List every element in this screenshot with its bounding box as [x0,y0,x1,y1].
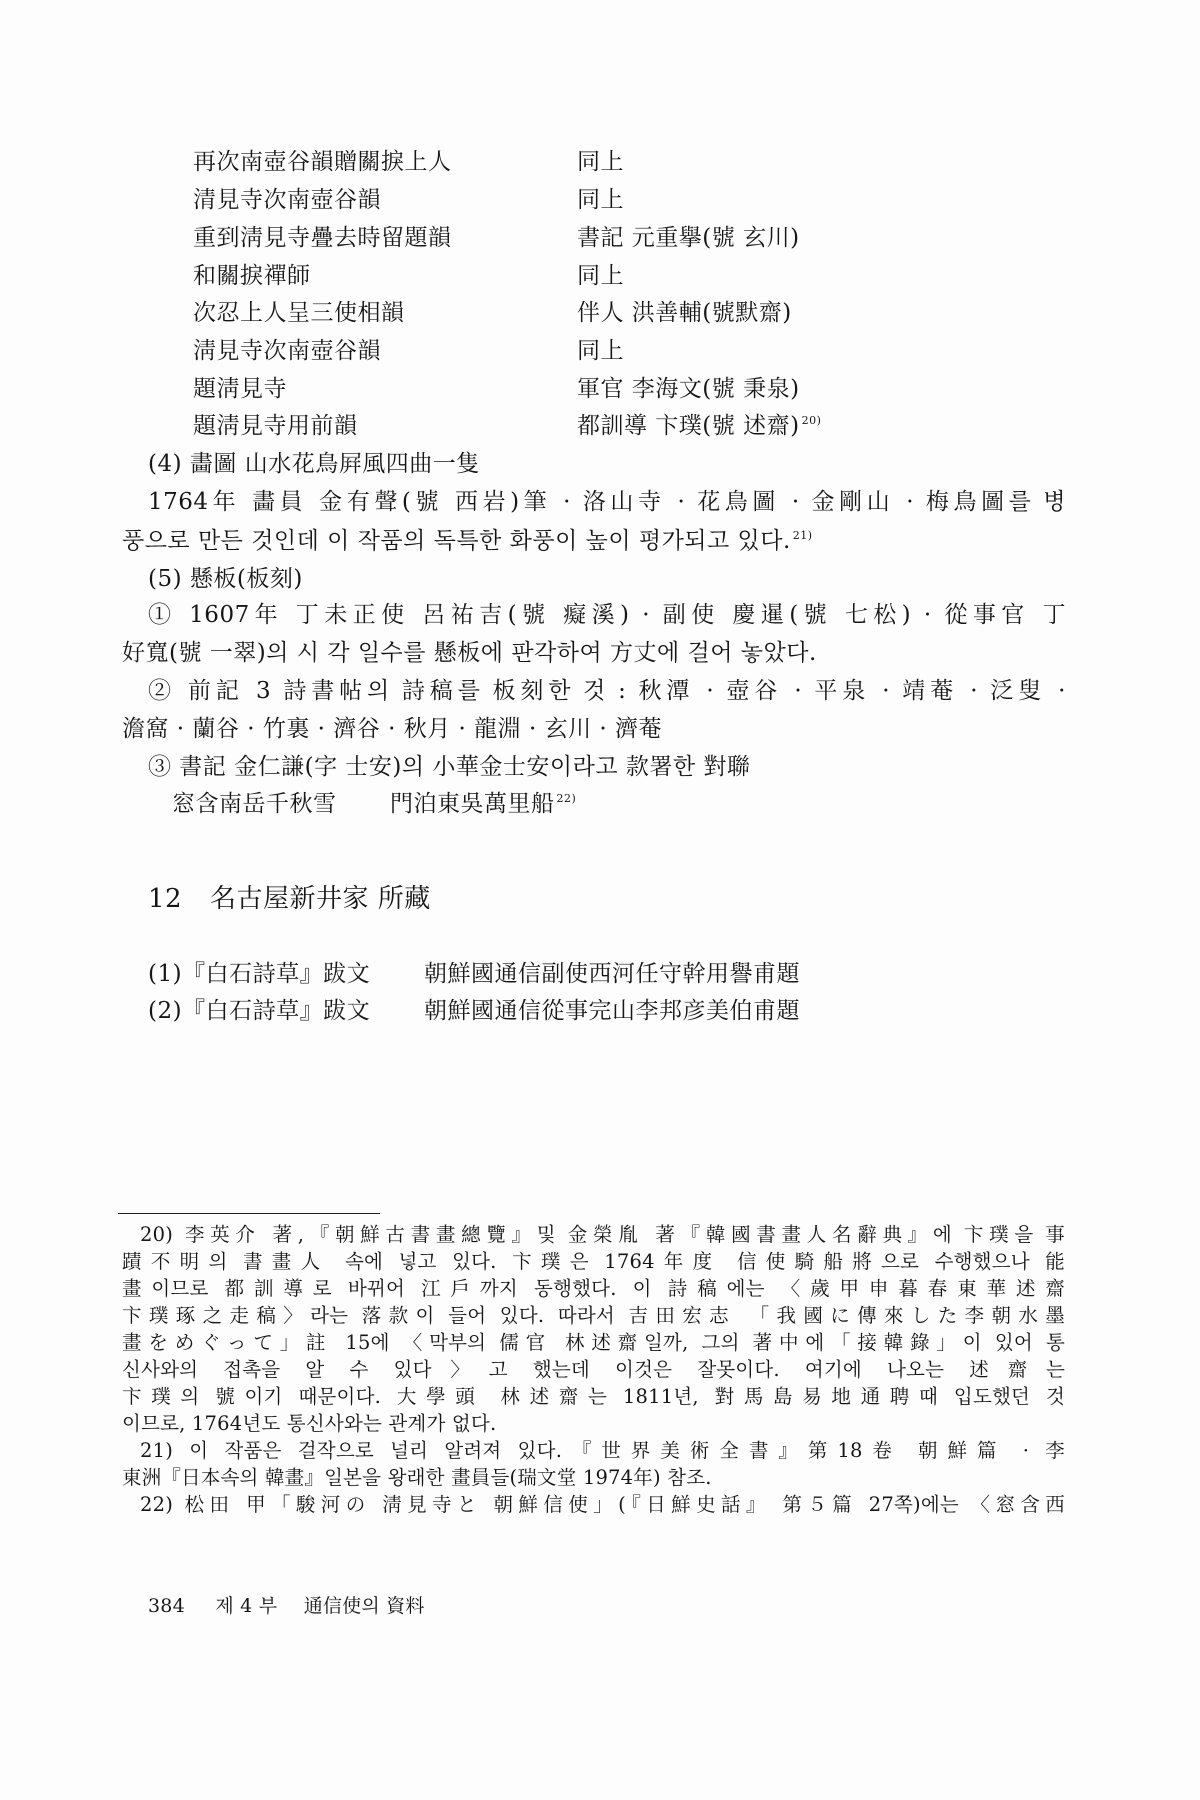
poem-author: 伴人 洪善輔(號默齋) [577,298,792,328]
section-title: 名古屋新井家 所藏 [210,884,431,914]
poem-title: 淸見寺次南壺谷韻 [193,336,381,366]
couplet-right-text: 門泊東吳萬里船 [390,791,555,817]
section-12-item-2-label: (2)『白石詩草』跋文 [148,996,370,1026]
footnote-separator [118,1213,380,1214]
page-number: 384 [148,1595,185,1617]
poem-author: 軍官 李海文(號 秉泉) [577,374,800,404]
paragraph-text: 풍으로 만든 것인데 이 작품의 독특한 화풍이 높이 평가되고 있다. [122,528,791,554]
poem-author: 同上 [577,185,624,215]
section-5-item-1-line: 好寬(號 一翠)의 시 각 일수를 懸板에 판각하여 方丈에 걸어 놓았다. [122,638,817,668]
book-page: 再次南壺谷韻贈關捩上人 同上 清見寺次南壺谷韻 同上 重到淸見寺疊去時留題韻 書… [0,0,1200,1800]
section-12-heading: 12名古屋新井家 所藏 [148,878,431,915]
footnote-line: 22) 松田 甲「駿河の 淸見寺と 朝鮮信使」(『日鮮史話』 第５篇 27쪽)에… [140,1492,1065,1518]
section-12-item-1-text: 朝鮮國通信副使西河任守幹用譽甫題 [424,959,800,989]
footnote-ref-21[interactable]: 21) [793,529,813,542]
poem-author: 書記 元重擧(號 玄川) [577,223,800,253]
couplet-left: 窓含南岳千秋雪 [172,789,337,819]
poem-author-text: 都訓導 卞璞(號 述齋) [577,413,800,439]
footnote-line: 21) 이 작품은 걸작으로 널리 알려져 있다.『世界美術全書』第18卷 朝鮮… [140,1438,1065,1464]
footnote-line: 畫이므로 都訓導로 바뀌어 江戶까지 동행했다. 이 詩稿에는 〈歲甲申暮春東華… [122,1276,1065,1302]
footnote-line: 20) 李英介 著,『朝鮮古書畫總覽』및 金榮胤 著『韓國書畫人名辭典』에 卞璞… [140,1222,1065,1248]
footnote-line: 신사와의 접촉을 알 수 있다〉고 했는데 이것은 잘못이다. 여기에 나오는 … [122,1357,1065,1383]
chapter-title: 通信使의 資料 [304,1595,425,1617]
section-5-heading: (5) 懸板(板刻) [148,564,303,594]
footnote-line: 畫をめぐって」註 15에 〈막부의 儒官 林述齋일까, 그의 著中에「接韓錄」이… [122,1330,1065,1356]
poem-title: 清見寺次南壺谷韻 [193,185,381,215]
section-4-heading: (4) 畵圖 山水花鳥屛風四曲一隻 [148,449,480,479]
footnote-ref-22[interactable]: 22) [557,792,577,805]
footnote-line: 卞璞의 號이기 때문이다. 大學頭 林述齋는 1811년, 對馬島易地通聘때 입… [122,1384,1065,1410]
footnote-line: 이므로, 1764년도 통신사와는 관계가 없다. [122,1411,496,1437]
section-5-item-1-line: ① 1607年 丁未正使 呂祐吉(號 癡溪) · 副使 慶暹(號 七松) · 從… [148,600,1066,630]
poem-title: 題淸見寺 [193,374,287,404]
couplet-right: 門泊東吳萬里船22) [390,789,576,819]
footnote-line: 卞璞琢之走稿〉라는 落款이 들어 있다. 따라서 吉田宏志 「我國に傳來した李朝… [122,1303,1065,1329]
poem-author: 同上 [577,336,624,366]
poem-title: 題淸見寺用前韻 [193,411,358,441]
footnote-line: 東洲『日本속의 韓畫』일본을 왕래한 畫員들(瑞文堂 1974年) 참조. [122,1465,712,1491]
section-5-item-2-line: ② 前記 3 詩書帖의 詩稿를 板刻한 것 : 秋潭 · 壺谷 · 平泉 · 靖… [148,676,1066,706]
part-label: 제 4 부 [215,1595,277,1617]
page-footer: 384 제 4 부 通信使의 資料 [148,1593,425,1619]
poem-title: 和關捩禪師 [193,261,311,291]
poem-author: 同上 [577,261,624,291]
poem-title: 重到淸見寺疊去時留題韻 [193,223,452,253]
section-5-item-3-line: ③ 書記 金仁謙(字 士安)의 小華金士安이라고 款署한 對聯 [148,752,750,782]
poem-author: 都訓導 卞璞(號 述齋)20) [577,411,821,441]
section-4-paragraph-line: 1764年 畵員 金有聲(號 西岩)筆 · 洛山寺 · 花鳥圖 · 金剛山 · … [148,487,1066,517]
section-5-item-2-line: 澹窩 · 蘭谷 · 竹裏 · 濟谷 · 秋月 · 龍淵 · 玄川 · 濟菴 [122,714,662,744]
section-4-paragraph-line: 풍으로 만든 것인데 이 작품의 독특한 화풍이 높이 평가되고 있다.21) [122,526,813,556]
section-12-item-2-text: 朝鮮國通信從事完山李邦彦美伯甫題 [424,996,800,1026]
footnote-ref-20[interactable]: 20) [802,414,822,427]
section-number: 12 [148,884,210,914]
poem-title: 次忍上人呈三使相韻 [193,298,405,328]
poem-author: 同上 [577,147,624,177]
section-12-item-1-label: (1)『白石詩草』跋文 [148,959,370,989]
footnote-line: 蹟不明의 書畫人 속에 넣고 있다. 卞璞은 1764年度 信使騎船將으로 수행… [122,1249,1065,1275]
poem-title: 再次南壺谷韻贈關捩上人 [193,147,452,177]
